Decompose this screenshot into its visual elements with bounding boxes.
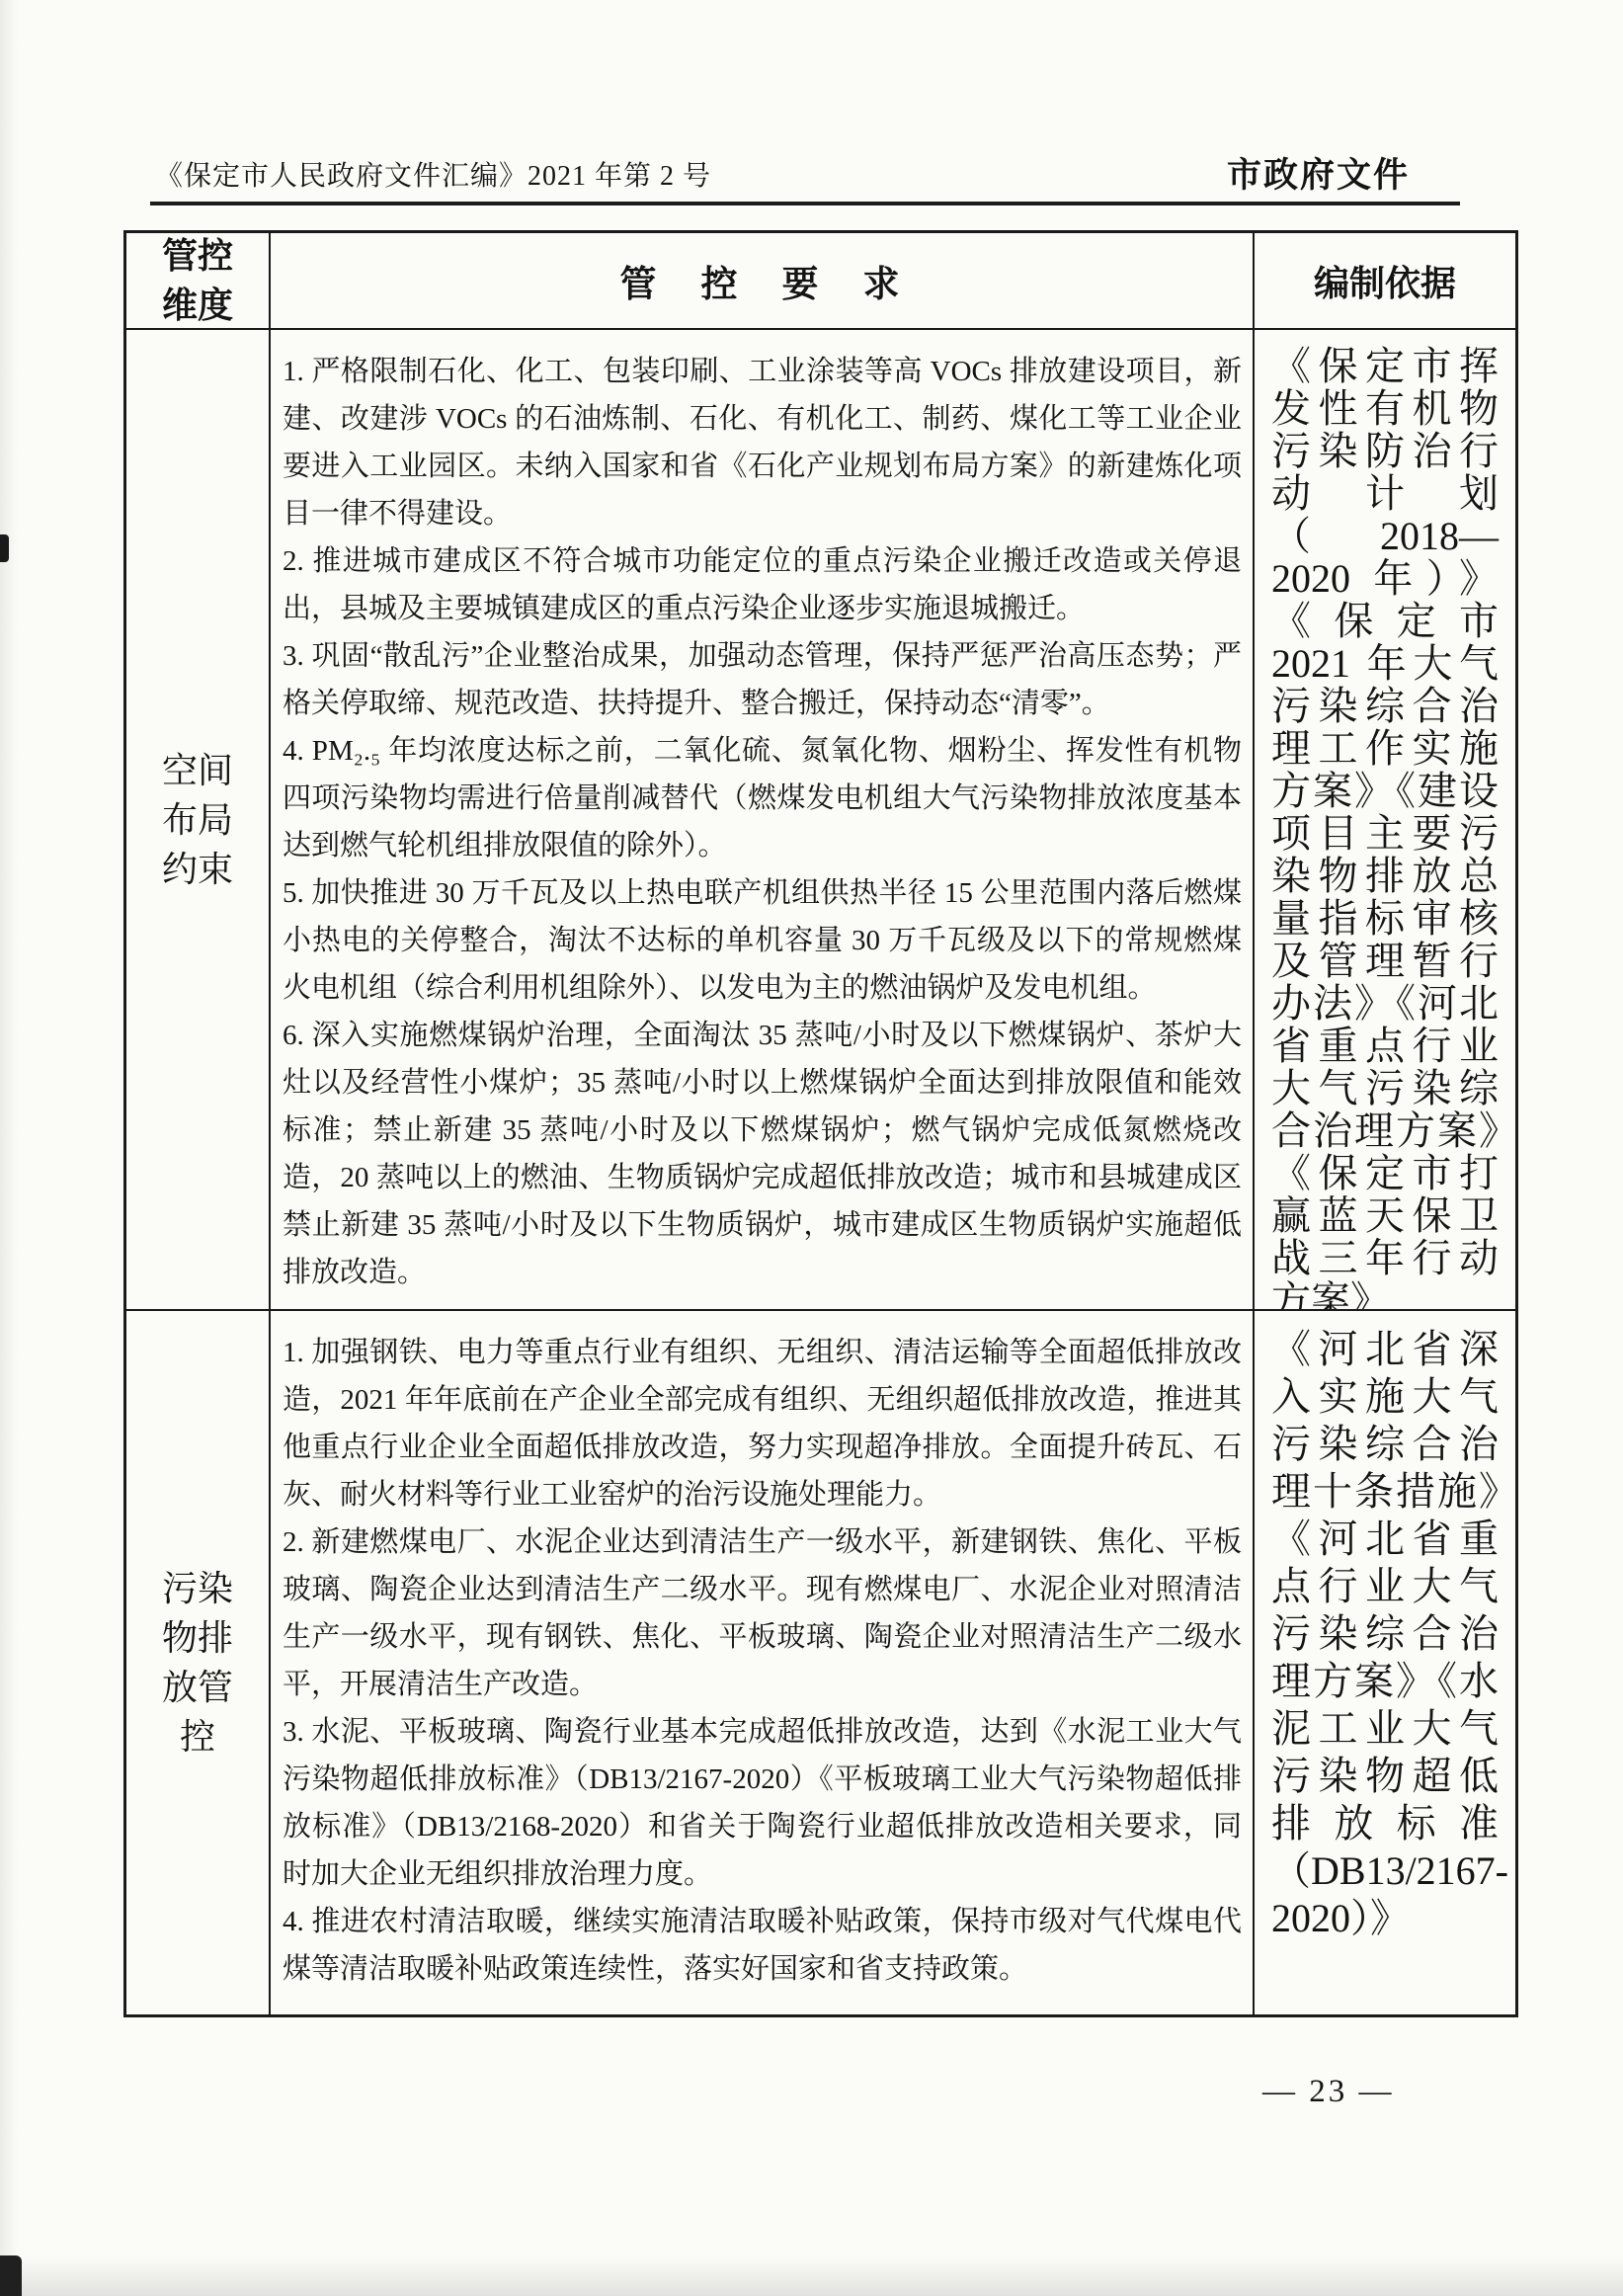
requirement-item: 1. 严格限制石化、化工、包装印刷、工业涂装等高 VOCs 排放建设项目，新建、…: [283, 348, 1242, 537]
requirement-item: 1. 加强钢铁、电力等重点行业有组织、无组织、清洁运输等全面超低排放改造，202…: [283, 1329, 1242, 1518]
scan-artifact-bottom-left: [0, 2255, 22, 2296]
requirement-item: 4. 推进农村清洁取暖，继续实施清洁取暖补贴政策，保持市级对气代煤电代煤等清洁取…: [283, 1898, 1242, 1993]
header-requirement-label: 管 控 要 求: [620, 254, 904, 307]
document-category-label: 市政府文件: [1227, 148, 1410, 198]
journal-title: 《保定市人民政府文件汇编》2021 年第 2 号: [155, 154, 711, 194]
requirement-item: 4. PM₂.₅ 年均浓度达标之前，二氧化硫、氮氧化物、烟粉尘、挥发性有机物四项…: [283, 727, 1242, 869]
header-cell-basis: 编制依据: [1255, 233, 1515, 330]
header-cell-requirement: 管 控 要 求: [271, 233, 1255, 330]
header-dimension-label: 管控维度: [157, 233, 238, 330]
requirement-item: 3. 水泥、平板玻璃、陶瓷行业基本完成超低排放改造，达到《水泥工业大气污染物超低…: [283, 1708, 1242, 1898]
row1-requirements-cell: 1. 严格限制石化、化工、包装印刷、工业涂装等高 VOCs 排放建设项目，新建、…: [271, 330, 1255, 1311]
requirement-item: 3. 巩固“散乱污”企业整治成果，加强动态管理，保持严惩严治高压态势；严格关停取…: [283, 632, 1242, 727]
requirement-item: 2. 推进城市建成区不符合城市功能定位的重点污染企业搬迁改造或关停退出，县城及主…: [283, 537, 1242, 632]
page-number: — 23 —: [1262, 2074, 1395, 2110]
row2-basis-cell: 《河北省深入实施大气污染综合治理十条措施》《河北省重点行业大气污染综合治理方案》…: [1255, 1311, 1515, 2014]
row2-dimension-cell: 污染物排放管控: [126, 1311, 271, 2014]
header-basis-label: 编制依据: [1314, 256, 1456, 306]
requirement-item: 5. 加快推进 30 万千瓦及以上热电联产机组供热半径 15 公里范围内落后燃煤…: [283, 869, 1242, 1012]
row1-dimension-cell: 空间布局约束: [126, 330, 271, 1311]
header-cell-dimension: 管控维度: [126, 233, 271, 330]
row1-basis-cell: 《保定市挥发性有机物污染防治行动计划（2018—2020 年）》《保定市 202…: [1255, 330, 1515, 1311]
requirement-item: 2. 新建燃煤电厂、水泥企业达到清洁生产一级水平，新建钢铁、焦化、平板玻璃、陶瓷…: [283, 1518, 1242, 1708]
requirement-item: 6. 深入实施燃煤锅炉治理，全面淘汰 35 蒸吨/小时及以下燃煤锅炉、茶炉大灶以…: [283, 1012, 1242, 1296]
scan-artifact-left-edge: [0, 534, 9, 562]
row2-requirements-cell: 1. 加强钢铁、电力等重点行业有组织、无组织、清洁运输等全面超低排放改造，202…: [271, 1311, 1255, 2014]
scanned-document-page: { "page": { "header_left": "《保定市人民政府文件汇编…: [0, 0, 1623, 2296]
row2-dimension-label: 污染物排放管控: [158, 1564, 237, 1762]
control-requirements-table: 管控维度 管 控 要 求 编制依据 空间布局约束 1. 严格限制石化、化工、包装…: [123, 230, 1518, 2017]
row1-dimension-label: 空间布局约束: [158, 746, 237, 894]
header-divider-line: [150, 202, 1460, 205]
